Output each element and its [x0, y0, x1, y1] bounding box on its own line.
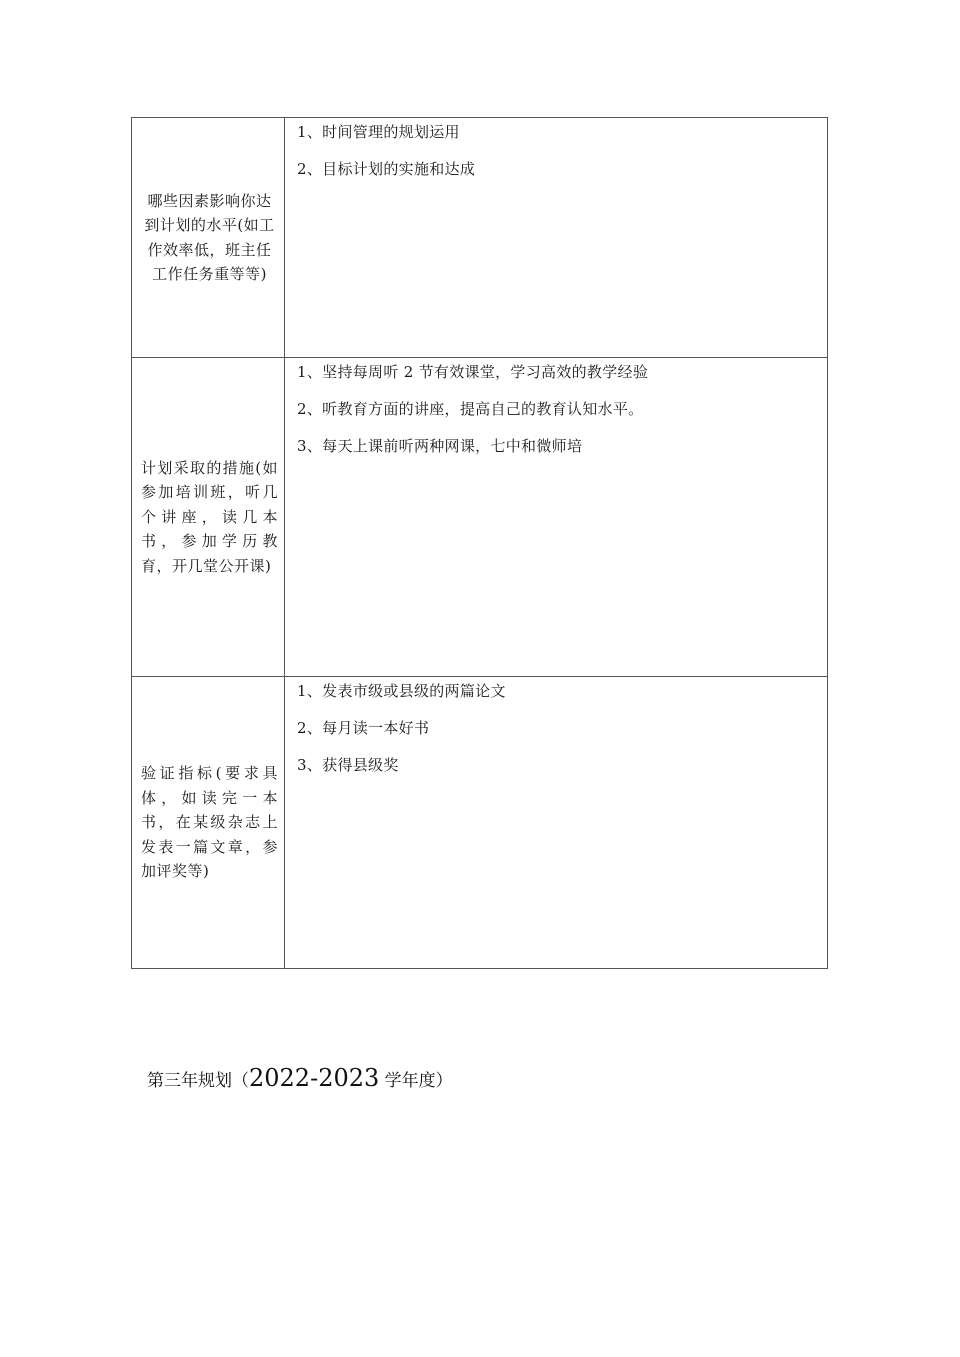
heading-suffix: 学年度）	[379, 1071, 452, 1091]
list-item: 2、目标计划的实施和达成	[297, 159, 827, 179]
plan-table: 哪些因素影响你达到计划的水平(如工作效率低，班主任工作任务重等等) 1、时间管理…	[131, 117, 828, 969]
row-label-cell: 验证指标(要求具体，如读完一本书，在某级杂志上发表一篇文章，参加评奖等)	[132, 677, 285, 969]
row-label-cell: 计划采取的措施(如参加培训班，听几个讲座，读几本书，参加学历教育，开几堂公开课)	[132, 358, 285, 677]
content-list: 1、发表市级或县级的两篇论文 2、每月读一本好书 3、获得县级奖	[285, 677, 827, 775]
table-row-indicators: 验证指标(要求具体，如读完一本书，在某级杂志上发表一篇文章，参加评奖等) 1、发…	[132, 677, 828, 969]
content-list: 1、时间管理的规划运用 2、目标计划的实施和达成	[285, 118, 827, 179]
table-row-factors: 哪些因素影响你达到计划的水平(如工作效率低，班主任工作任务重等等) 1、时间管理…	[132, 118, 828, 358]
heading-prefix: 第三年规划（	[147, 1071, 249, 1091]
row-label-indicators: 验证指标(要求具体，如读完一本书，在某级杂志上发表一篇文章，参加评奖等)	[132, 761, 284, 884]
row-content-cell: 1、发表市级或县级的两篇论文 2、每月读一本好书 3、获得县级奖	[285, 677, 828, 969]
row-label-cell: 哪些因素影响你达到计划的水平(如工作效率低，班主任工作任务重等等)	[132, 118, 285, 358]
row-content-cell: 1、时间管理的规划运用 2、目标计划的实施和达成	[285, 118, 828, 358]
row-content-cell: 1、坚持每周听 2 节有效课堂，学习高效的教学经验 2、听教育方面的讲座，提高自…	[285, 358, 828, 677]
section-heading-third-year: 第三年规划（2022-2023 学年度）	[147, 1064, 453, 1092]
list-item: 3、获得县级奖	[297, 755, 827, 775]
list-item: 1、时间管理的规划运用	[297, 122, 827, 142]
list-item: 3、每天上课前听两种网课，七中和微师培	[297, 436, 827, 456]
list-item: 1、坚持每周听 2 节有效课堂，学习高效的教学经验	[297, 362, 827, 382]
heading-year-range: 2022-2023	[249, 1064, 379, 1092]
list-item: 1、发表市级或县级的两篇论文	[297, 681, 827, 701]
table-row-measures: 计划采取的措施(如参加培训班，听几个讲座，读几本书，参加学历教育，开几堂公开课)…	[132, 358, 828, 677]
list-item: 2、每月读一本好书	[297, 718, 827, 738]
row-label-measures: 计划采取的措施(如参加培训班，听几个讲座，读几本书，参加学历教育，开几堂公开课)	[132, 456, 284, 579]
content-list: 1、坚持每周听 2 节有效课堂，学习高效的教学经验 2、听教育方面的讲座，提高自…	[285, 358, 827, 456]
list-item: 2、听教育方面的讲座，提高自己的教育认知水平。	[297, 399, 827, 419]
row-label-factors: 哪些因素影响你达到计划的水平(如工作效率低，班主任工作任务重等等)	[132, 189, 284, 287]
